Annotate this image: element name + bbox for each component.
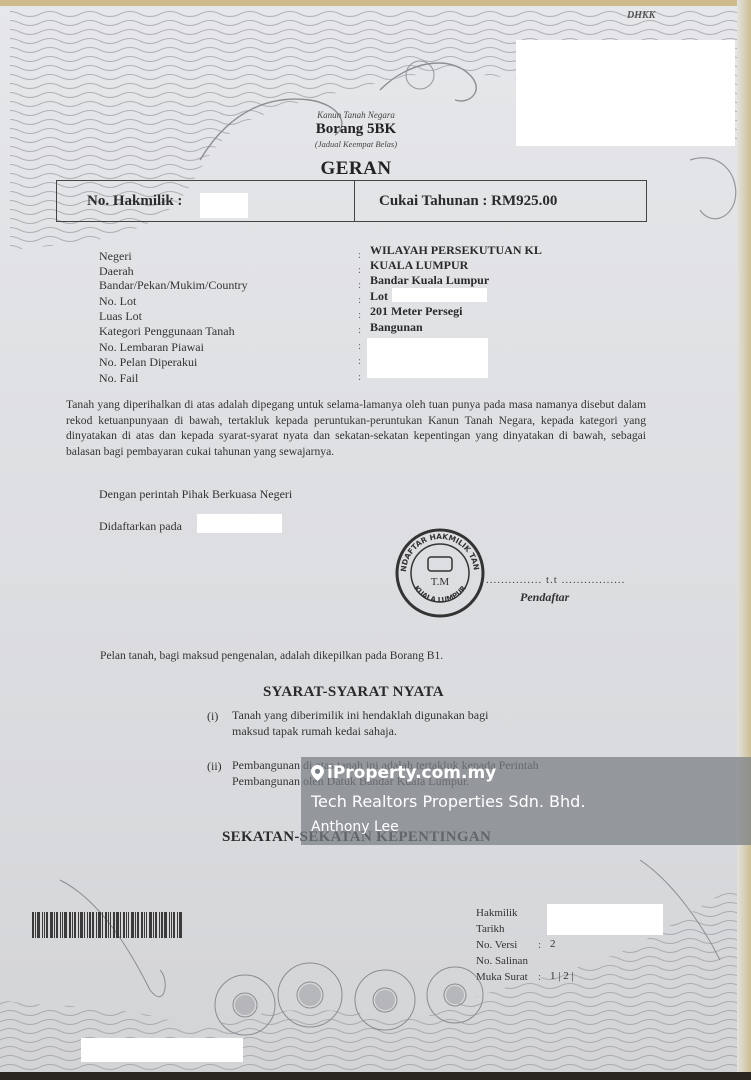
- field-label-pelan: No. Pelan Diperakui: [99, 355, 197, 370]
- cukai-value: RM925.00: [491, 193, 557, 210]
- location-pin-icon: [311, 765, 324, 781]
- form-number: Borang 5BK: [256, 121, 456, 138]
- watermark-brand-text: iProperty.com.my: [327, 763, 496, 783]
- registered-label: Didaftarkan pada: [99, 519, 182, 534]
- field-value-daerah: KUALA LUMPUR: [370, 258, 468, 273]
- field-label-lembaran: No. Lembaran Piawai: [99, 340, 204, 355]
- watermark-brand: iProperty.com.my: [311, 763, 496, 783]
- corner-code: DHKK: [627, 10, 655, 21]
- meta-label-muka-surat: Muka Surat: [476, 971, 528, 983]
- watermark-agent: Anthony Lee: [311, 819, 399, 835]
- field-label-luas-lot: Luas Lot: [99, 309, 142, 324]
- meta-label-versi: No. Versi: [476, 939, 517, 951]
- meta-label-tarikh: Tarikh: [476, 923, 505, 935]
- barcode: [32, 912, 228, 938]
- plan-note: Pelan tanah, bagi maksud pengenalan, ada…: [100, 649, 443, 662]
- watermark-company: Tech Realtors Properties Sdn. Bhd.: [311, 792, 585, 811]
- declaration-paragraph: Tanah yang diperihalkan di atas adalah d…: [66, 397, 646, 459]
- field-label-no-lot: No. Lot: [99, 294, 136, 309]
- field-value-bandar: Bandar Kuala Lumpur: [370, 273, 489, 288]
- registrar-label: Pendaftar: [520, 590, 569, 605]
- conditions-title: SYARAT-SYARAT NYATA: [263, 684, 444, 701]
- hakmilik-label: No. Hakmilik :: [87, 193, 182, 210]
- meta-value-versi: 2: [550, 938, 556, 950]
- field-label-bandar: Bandar/Pekan/Mukim/Country: [99, 278, 248, 293]
- field-label-daerah: Daerah: [99, 264, 134, 279]
- signature-line: ............... t.t .................: [486, 574, 625, 586]
- field-label-fail: No. Fail: [99, 371, 138, 386]
- redacted-hakmilik-number: [200, 193, 248, 218]
- redacted-registration-date: [197, 514, 282, 533]
- cukai-label: Cukai Tahunan :: [379, 193, 487, 210]
- document-title: GERAN: [256, 158, 456, 180]
- redacted-footer-hakmilik: [547, 904, 663, 935]
- paper-edge-right: [737, 0, 751, 1072]
- field-value-luas-lot: 201 Meter Persegi: [370, 304, 462, 319]
- condition-number-2: (ii): [207, 759, 222, 774]
- condition-number-1: (i): [207, 709, 218, 724]
- field-value-no-lot: Lot: [370, 289, 388, 304]
- field-value-negeri: WILAYAH PERSEKUTUAN KL: [370, 243, 542, 258]
- redacted-plan-details: [367, 338, 488, 378]
- meta-value-muka-surat: 1 | 2 |: [550, 970, 574, 982]
- field-value-kategori: Bangunan: [370, 320, 423, 335]
- act-name: Kanun Tanah Negara: [256, 110, 456, 120]
- meta-label-hakmilik: Hakmilik: [476, 907, 518, 919]
- registrar-stamp: PENDAFTAR HAKMILIK TANAH KUALA LUMPUR T.…: [394, 527, 486, 619]
- redacted-block-top-right: [516, 40, 735, 146]
- cukai-cell: Cukai Tahunan : RM925.00: [355, 181, 646, 221]
- meta-label-salinan: No. Salinan: [476, 955, 528, 967]
- field-label-kategori: Kategori Penggunaan Tanah: [99, 324, 235, 339]
- field-label-negeri: Negeri: [99, 249, 132, 264]
- schedule-name: (Jadual Keempat Belas): [256, 139, 456, 149]
- paper-edge-top: [0, 0, 751, 6]
- redacted-lot-number: [392, 288, 487, 302]
- svg-text:T.M: T.M: [431, 576, 450, 588]
- condition-text-1: Tanah yang diberimilik ini hendaklah dig…: [232, 707, 522, 739]
- land-title-document: DHKK Kanun Tanah Negara Borang 5BK (Jadu…: [0, 0, 751, 1072]
- authority-text: Dengan perintah Pihak Berkuasa Negeri: [99, 487, 292, 502]
- listing-watermark: iProperty.com.my Tech Realtors Propertie…: [301, 757, 751, 845]
- redacted-bottom-left: [81, 1038, 243, 1062]
- title-box: No. Hakmilik : Cukai Tahunan : RM925.00: [56, 180, 647, 222]
